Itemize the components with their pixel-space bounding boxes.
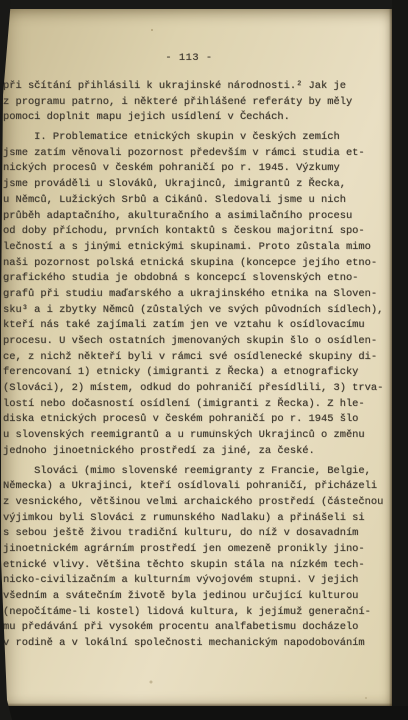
text-line: naši pozornost polská etnická skupina (k… <box>3 256 392 272</box>
page-text: při sčítání přihlásili k ukrajinské náro… <box>0 79 392 652</box>
paragraph: při sčítání přihlásili k ukrajinské náro… <box>3 79 392 126</box>
text-line: průběh adaptačního, akulturačního a asim… <box>3 209 392 225</box>
text-line: v rodině a v lokální společnosti mechani… <box>3 636 392 652</box>
text-line: kteří nás také zajímali zatím jen ve vzt… <box>3 318 392 334</box>
text-line: (Slováci), 2) místem, odkud do pohraničí… <box>3 381 392 397</box>
text-line: od doby příchodu, prvních kontaktů s čes… <box>3 224 392 240</box>
scan-border-bottom <box>0 706 408 720</box>
text-line: u slovenských reemigrantů a u rumunských… <box>3 428 392 444</box>
page-number: - 113 - <box>0 52 385 64</box>
paper-speckles <box>151 29 153 31</box>
text-line: jinoetnickém agrárním prostředí jen omez… <box>3 542 392 558</box>
text-line: nicko-civilizačním a kulturním vývojovém… <box>3 573 392 589</box>
text-line: ce, z nichž někteří byli v rámci své osí… <box>3 350 392 366</box>
text-line: jsme zatím věnovali pozornost především … <box>3 146 392 162</box>
text-line: při sčítání přihlásili k ukrajinské náro… <box>3 79 392 95</box>
scanned-page: - 113 - při sčítání přihlásili k ukrajin… <box>0 9 392 706</box>
text-line: mu předávání při vysokém procentu analfa… <box>3 620 392 636</box>
text-line: s sebou ještě živou tradiční kulturu, do… <box>3 526 392 542</box>
text-line: etnické vlivy. Většina těchto skupin stá… <box>3 558 392 574</box>
text-line: procesu. U všech ostatních jmenovaných s… <box>3 334 392 350</box>
text-line: (nepočítáme-li kostel) lidová kultura, k… <box>3 605 392 621</box>
text-line: u Němců, Lužických Srbů a Cikánů. Sledov… <box>3 193 392 209</box>
text-line: výjimkou byli Slováci z rumunského Nadla… <box>3 511 392 527</box>
paragraph: I. Problematice etnických skupin v český… <box>3 130 392 459</box>
text-line: sku³ a i zbytky Němců (zůstalých ve svýc… <box>3 303 392 319</box>
text-line: jednoho jinoetnického prostředí za jiné,… <box>3 444 392 460</box>
text-line: Německa) a Ukrajinci, kteří osídlovali p… <box>3 479 392 495</box>
paragraph: Slováci (mimo slovenské reemigranty z Fr… <box>3 464 392 652</box>
text-line: všedním a svátečním životě byla jedinou … <box>3 589 392 605</box>
text-line: I. Problematice etnických skupin v český… <box>3 130 392 146</box>
text-line: Slováci (mimo slovenské reemigranty z Fr… <box>3 464 392 480</box>
text-line: nických procesů v českém pohraničí po r.… <box>3 161 392 177</box>
scanned-document: - 113 - při sčítání přihlásili k ukrajin… <box>0 0 408 720</box>
scan-border-top <box>0 0 408 9</box>
text-line: grafického studia je obdobná s koncepcí … <box>3 271 392 287</box>
text-line: jsme prováděli u Slováků, Ukrajinců, imi… <box>3 177 392 193</box>
text-line: lečností a s jinými etnickými skupinami.… <box>3 240 392 256</box>
text-line: lostí nebo dočasností osídlení (imigrant… <box>3 397 392 413</box>
text-line: z programu patrno, i některé přihlášené … <box>3 95 392 111</box>
text-line: z vesnického, většinou velmi archaického… <box>3 495 392 511</box>
text-line: diska etnických procesů v českém pohrani… <box>3 412 392 428</box>
text-line: ferencovaní 1) etnicky (imigranti z Řeck… <box>3 365 392 381</box>
text-line: pomoci doplnit mapu jejich usídlení v Če… <box>3 110 392 126</box>
text-line: grafů při studiu maďarského a ukrajinské… <box>3 287 392 303</box>
scan-border-right <box>392 0 408 720</box>
